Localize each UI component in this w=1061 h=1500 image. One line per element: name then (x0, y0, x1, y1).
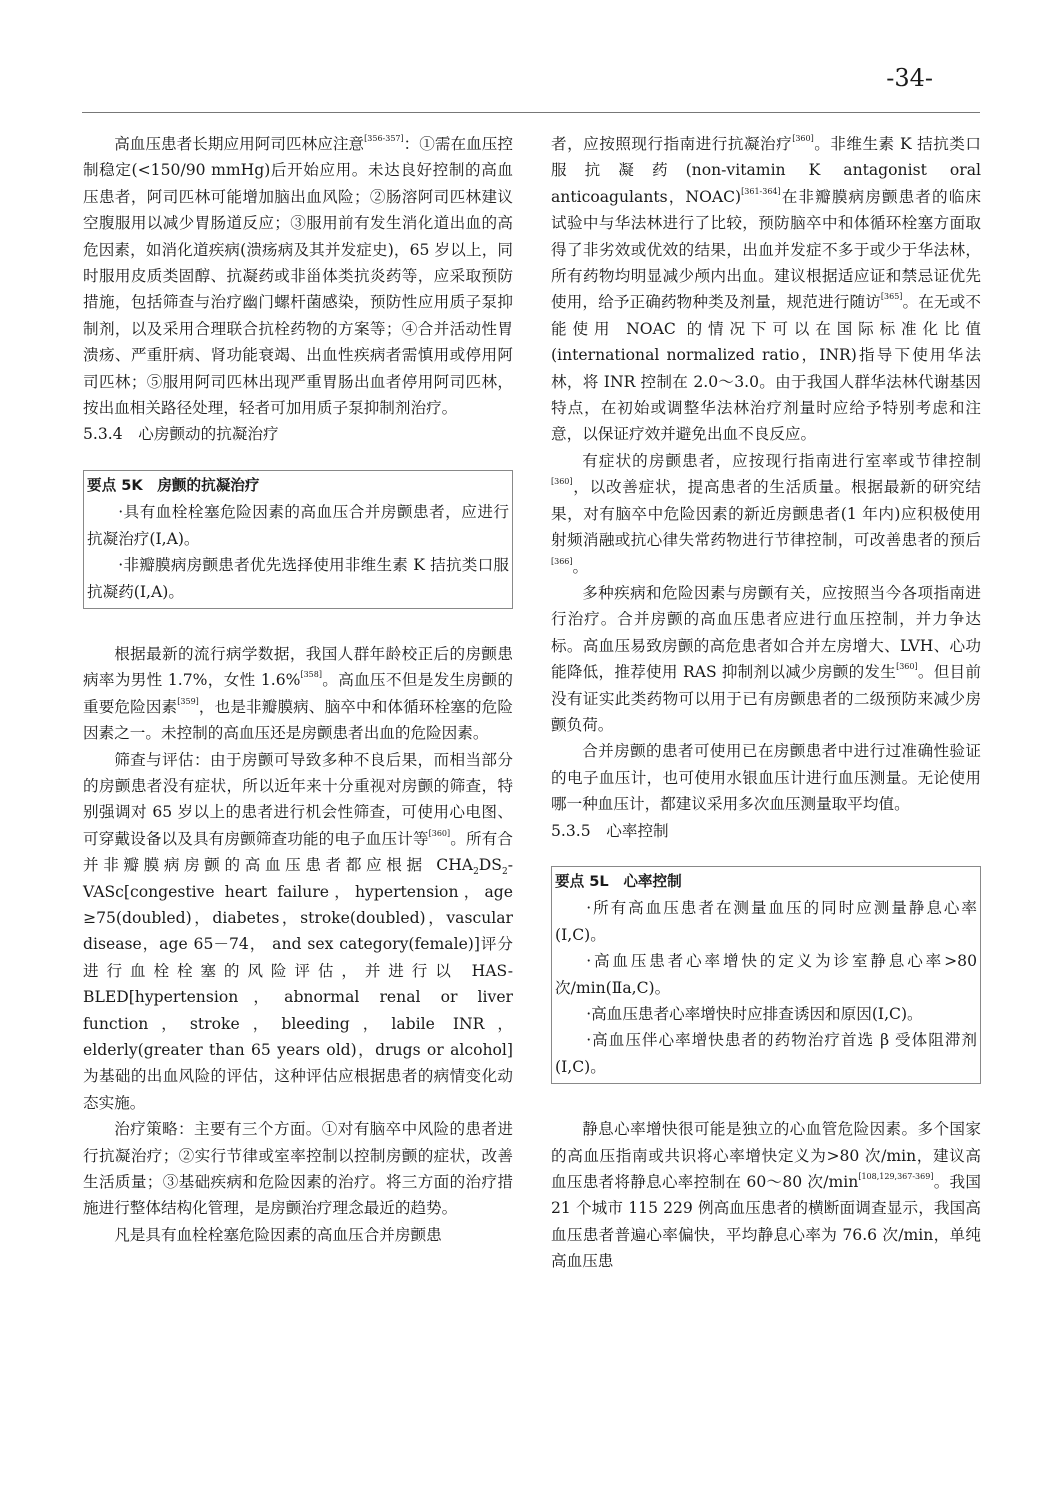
citation: [360] (551, 477, 573, 486)
box-title: 要点 5K 房颤的抗凝治疗 (87, 473, 509, 499)
box-item: ·所有高血压患者在测量血压的同时应测量静息心率(Ⅰ,C)。 (555, 895, 977, 948)
text: 。 (573, 558, 589, 576)
citation: [359] (177, 697, 199, 706)
header-rule (82, 112, 980, 113)
paragraph-aspirin-precautions: 高血压患者长期应用阿司匹林应注意[356-357]：①需在血压控制稳定(<150… (83, 131, 513, 421)
section-heading-5-3-4: 5.3.4 心房颤动的抗凝治疗 (83, 421, 513, 447)
box-item: ·高血压患者心率增快的定义为诊室静息心率>80 次/min(Ⅱa,C)。 (555, 948, 977, 1001)
citation: [358] (300, 670, 322, 679)
paragraph-continued: 凡是具有血栓栓塞危险因素的高血压合并房颤患 (83, 1222, 513, 1248)
citation: [360] (896, 662, 918, 671)
text: 有症状的房颤患者，应按现行指南进行室率或节律控制 (582, 452, 981, 470)
text: 高血压患者长期应用阿司匹林应注意 (114, 135, 364, 153)
citation: [108,129,367-369] (858, 1172, 933, 1181)
box-item: ·非瓣膜病房颤患者优先选择使用非维生素 K 拮抗类口服抗凝药(Ⅰ,A)。 (87, 552, 509, 605)
citation: [356-357] (364, 134, 403, 143)
citation: [361-364] (741, 187, 780, 196)
text: 者，应按照现行指南进行抗凝治疗 (551, 135, 792, 153)
paragraph-epidemiology: 根据最新的流行病学数据，我国人群年龄校正后的房颤患病率为男性 1.7%，女性 1… (83, 641, 513, 747)
citation: [366] (551, 557, 573, 566)
key-point-box-5k: 要点 5K 房颤的抗凝治疗 ·具有血栓栓塞危险因素的高血压合并房颤患者，应进行抗… (83, 470, 513, 609)
box-item: ·高血压患者心率增快时应排查诱因和原因(Ⅰ,C)。 (555, 1001, 977, 1027)
section-heading-5-3-5: 5.3.5 心率控制 (551, 818, 981, 844)
paragraph-screening: 筛查与评估：由于房颤可导致多种不良后果，而相当部分的房颤患者没有症状，所以近年来… (83, 747, 513, 1117)
paragraph-resting-heart-rate: 静息心率增快很可能是独立的心血管危险因素。多个国家的高血压指南或共识将心率增快定… (551, 1116, 981, 1274)
box-item: ·高血压伴心率增快患者的药物治疗首选 β 受体阻滞剂(Ⅰ,C)。 (555, 1027, 977, 1080)
right-column: 者，应按照现行指南进行抗凝治疗[360]。非维生素 K 拮抗类口服抗凝药(non… (551, 131, 981, 1275)
text: 。在无或不能使用 NOAC 的情况下可以在国际标准化比值(internation… (551, 293, 981, 443)
page-number: -34- (886, 64, 933, 92)
paragraph-treatment-strategy: 治疗策略：主要有三个方面。①对有脑卒中风险的患者进行抗凝治疗；②实行节律或室率控… (83, 1116, 513, 1222)
paragraph-noac: 者，应按照现行指南进行抗凝治疗[360]。非维生素 K 拮抗类口服抗凝药(non… (551, 131, 981, 448)
text: ：①需在血压控制稳定(<150/90 mmHg)后开始应用。未达良好控制的高血压… (83, 135, 513, 417)
box-title: 要点 5L 心率控制 (555, 869, 977, 895)
paragraph-risk-factors: 多种疾病和危险因素与房颤有关，应按照当今各项指南进行治疗。合并房颤的高血压患者应… (551, 580, 981, 738)
text: DS (479, 856, 502, 874)
citation: [360] (429, 829, 451, 838)
text: ，以改善症状，提高患者的生活质量。根据最新的研究结果，对有脑卒中危险因素的新近房… (551, 478, 981, 549)
left-column: 高血压患者长期应用阿司匹林应注意[356-357]：①需在血压控制稳定(<150… (83, 131, 513, 1248)
citation: [360] (792, 134, 814, 143)
paragraph-rhythm-control: 有症状的房颤患者，应按现行指南进行室率或节律控制[360]，以改善症状，提高患者… (551, 448, 981, 580)
text: -VASc[congestive heart failure，hypertens… (83, 856, 513, 1112)
citation: [365] (881, 292, 903, 301)
paragraph-bp-measurement: 合并房颤的患者可使用已在房颤患者中进行过准确性验证的电子血压计，也可使用水银血压… (551, 738, 981, 817)
key-point-box-5l: 要点 5L 心率控制 ·所有高血压患者在测量血压的同时应测量静息心率(Ⅰ,C)。… (551, 866, 981, 1084)
box-item: ·具有血栓栓塞危险因素的高血压合并房颤患者，应进行抗凝治疗(Ⅰ,A)。 (87, 499, 509, 552)
